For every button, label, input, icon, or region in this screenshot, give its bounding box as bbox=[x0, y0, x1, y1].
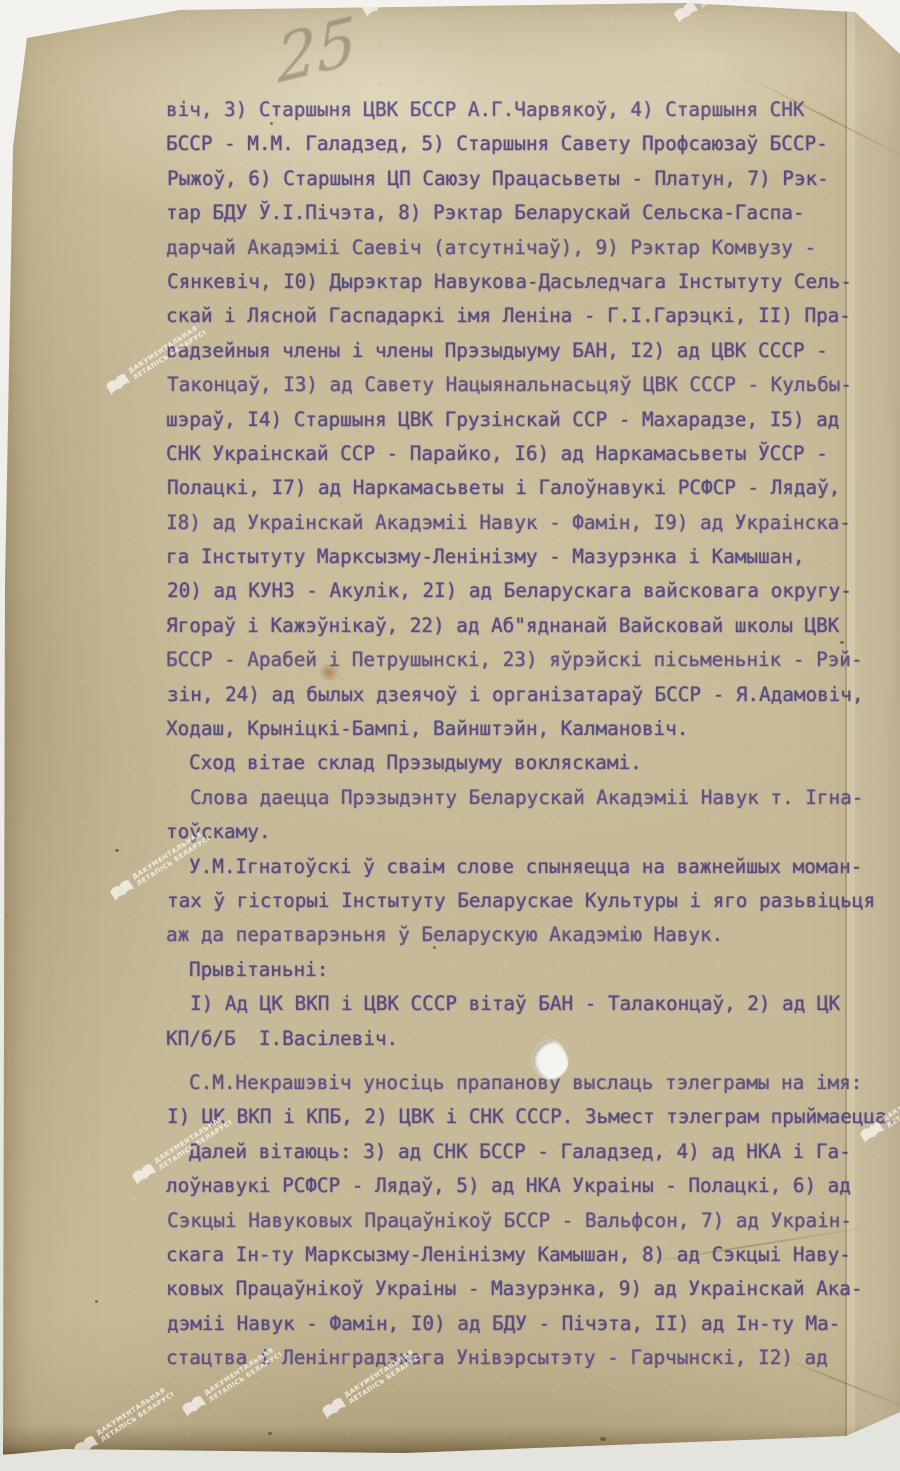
paper-speck bbox=[433, 946, 436, 949]
document-line: КП/б/Б І.Васілевіч. bbox=[166, 1022, 886, 1056]
document-line: шэраў, І4) Старшыня ЦВК Грузінскай ССР -… bbox=[166, 403, 886, 437]
document-line: Сянкевіч, І0) Дырэктар Навукова-Дасьледч… bbox=[167, 265, 887, 299]
document-line: Сэкцыі Навуковых Працаўнікоў БССР - Валь… bbox=[167, 1204, 887, 1238]
document-line: Ягораў і Кажэўнікаў, 22) ад Аб"яднанай В… bbox=[166, 609, 886, 643]
document-line: скай і Лясной Гаспадаркі імя Леніна - Г.… bbox=[166, 299, 886, 333]
paper-speck bbox=[95, 1300, 98, 1303]
watermark-text-line1: ДАКУМЕНТАЛЬНАЯ bbox=[695, 0, 771, 3]
document-line: тах ў гісторыі Інстытуту Беларускае Куль… bbox=[167, 884, 887, 918]
document-line: У.М.Ігнатоўскі ў сваім слове спыняецца н… bbox=[166, 850, 886, 884]
document-line: зін, 24) ад былых дзеячоў і організатара… bbox=[167, 678, 887, 712]
document-line: Таконцаў, І3) ад Савету Нацыянальнасьцяў… bbox=[167, 368, 887, 402]
document-line: І) ЦК ВКП і КПБ, 2) ЦВК і СНК СССР. Зьме… bbox=[167, 1100, 887, 1134]
document-line: БССР - Арабей і Петрушынскі, 23) яўрэйск… bbox=[166, 643, 886, 677]
document-line: дарчай Акадэміі Саевіч (атсутнічаў), 9) … bbox=[166, 231, 886, 265]
document-line: дэміі Навук - Фамін, І0) ад БДУ - Пічэта… bbox=[167, 1307, 887, 1341]
document-line: віч, 3) Старшыня ЦВК БССР А.Г.Чарвякоў, … bbox=[166, 93, 886, 127]
document-line: СНК Украінскай ССР - Парайко, І6) ад Нар… bbox=[166, 437, 886, 471]
document-line: Прывітаньні: bbox=[166, 953, 886, 987]
paper-speck bbox=[115, 849, 119, 852]
watermark-text: ДАКУМЕНТАЛЬНАЯ ЛЕТАПІСЬ БЕЛАРУСІ bbox=[383, 0, 463, 4]
document-line: Рыжоў, 6) Старшыня ЦП Саюзу Працасьветы … bbox=[167, 162, 887, 196]
document-line: аж да ператварэньня ў Беларускую Акадэмі… bbox=[166, 918, 886, 952]
document-line: вадзейныя члены і члены Прэзыдыуму БАН, … bbox=[166, 334, 886, 368]
ink-stain bbox=[317, 664, 341, 681]
document-line: лоўнавукі РСФСР - Лядаў, 5) ад НКА Украі… bbox=[166, 1169, 886, 1203]
document-line: Полацкі, І7) ад Наркамасьветы і Галоўнав… bbox=[167, 471, 887, 505]
paper-speck bbox=[600, 1437, 606, 1441]
paper-speck bbox=[740, 520, 742, 522]
document-line: С.М.Некрашэвіч уносіць прапанову выслаць… bbox=[166, 1066, 886, 1100]
document-line: скага Ін-ту Марксызму-Ленінізму Камышан,… bbox=[166, 1238, 886, 1272]
paper-speck bbox=[268, 1432, 272, 1435]
paper-speck bbox=[840, 641, 844, 644]
watermark-text-line2: ЛЕТАПІСЬ БЕЛАРУСІ bbox=[387, 0, 463, 4]
document-line: БССР - М.М. Галадзед, 5) Старшыня Савету… bbox=[166, 127, 886, 161]
scanner-background: 25 віч, 3) Старшыня ЦВК БССР А.Г.Чарвяко… bbox=[0, 0, 900, 1471]
document-text: віч, 3) Старшыня ЦВК БССР А.Г.Чарвякоў, … bbox=[166, 93, 886, 1375]
paper-speck bbox=[270, 122, 273, 125]
document-line: Ходаш, Крыніцкі-Бампі, Вайнштэйн, Калман… bbox=[166, 712, 886, 746]
scanned-document-view: 25 віч, 3) Старшыня ЦВК БССР А.Г.Чарвяко… bbox=[0, 0, 900, 1471]
document-line: І) Ад ЦК ВКП і ЦВК СССР вітаў БАН - Тала… bbox=[167, 987, 887, 1021]
document-line: 20) ад КУНЗ - Акулік, 2І) ад Беларускага… bbox=[167, 574, 887, 608]
document-line: Далей вітаюць: 3) ад СНК БССР - Галадзед… bbox=[166, 1135, 886, 1169]
document-line: ковых Працаўнікоў Украіны - Мазурэнка, 9… bbox=[166, 1272, 886, 1306]
document-line: тар БДУ Ў.І.Пічэта, 8) Рэктар Беларускай… bbox=[166, 196, 886, 230]
document-line: Слова даецца Прэзыдэнту Беларускай Акадэ… bbox=[167, 781, 887, 815]
document-page: 25 віч, 3) Старшыня ЦВК БССР А.Г.Чарвяко… bbox=[0, 0, 900, 1471]
document-line: І8) ад Украінскай Акадэміі Навук - Фамін… bbox=[166, 506, 886, 540]
document-line: тоўскаму. bbox=[166, 815, 886, 849]
document-line: Сход вітае склад Прэзыдыуму вокляскамі. bbox=[166, 746, 886, 780]
document-line: га Інстытуту Марксызму-Ленінізму - Мазур… bbox=[166, 540, 886, 574]
torn-edge-shading bbox=[0, 1424, 900, 1454]
